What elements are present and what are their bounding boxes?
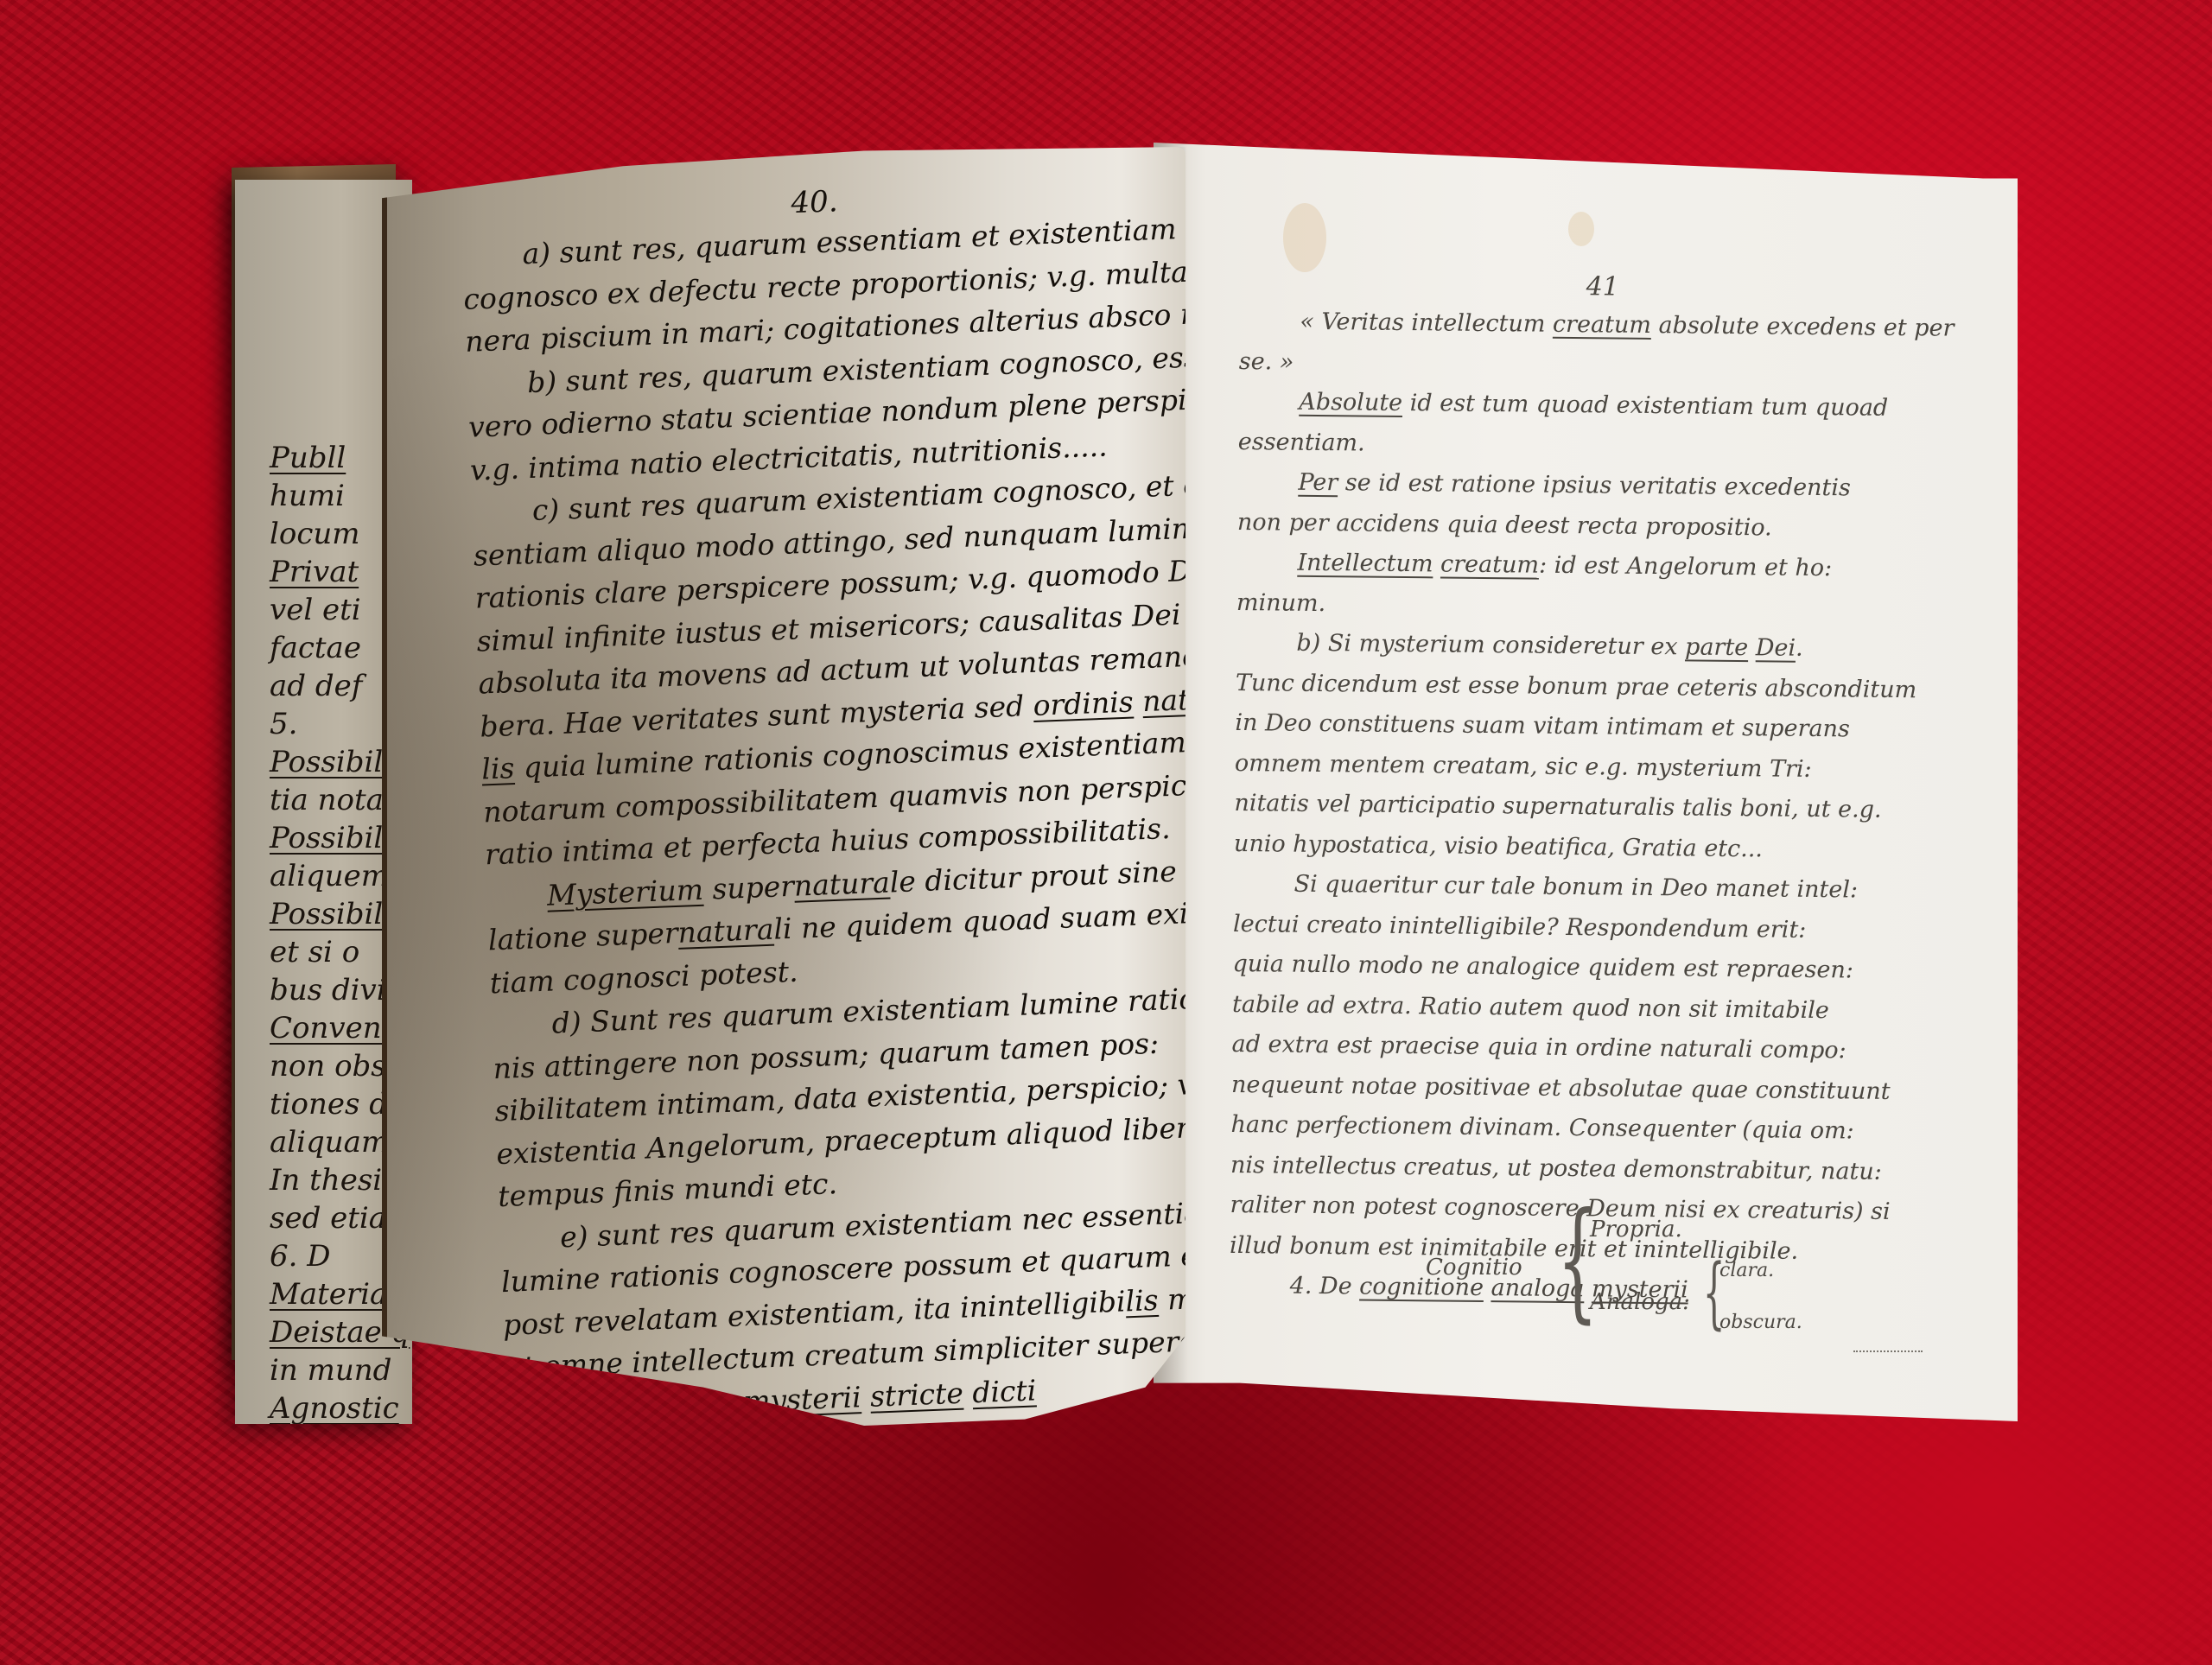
manuscript-line: Per se id est ratione ipsius veritatis e… [1237,462,1998,511]
page-number: 41 [1240,268,2000,306]
manuscript-line: nitatis vel participatio supernaturalis … [1234,784,1994,832]
cognitio-scheme: Cognitio { Propria. Analoga: { clara. ob… [1426,1201,1858,1339]
manuscript-line: Si quaeritur cur tale bonum in Deo manet… [1233,864,1993,912]
page-41: 41 « Veritas intellectum creatum absolut… [1154,143,2018,1421]
manuscript-line: hanc perfectionem divinam. Consequenter … [1230,1105,1991,1153]
photo-scene: PubllhumilocumPrivatvel etifactaead def … [0,0,2212,1665]
page-41-lines: « Veritas intellectum creatum absolute e… [1229,302,1999,1314]
manuscript-line: in mund [270,1351,412,1389]
manuscript-line: Absolute id est tum quoad existentiam tu… [1238,382,1999,430]
manuscript-line: Agnostic [270,1389,412,1424]
page-40-curled[interactable]: 40. a) sunt res, quarum essentiam et exi… [382,147,1185,1426]
manuscript-line: Intellectum creatum: id est Angelorum et… [1236,543,1997,591]
scheme-sub-branch: obscura. [1719,1312,1802,1333]
manuscript-line: ad extra est praecise quia in ordine nat… [1231,1025,1992,1073]
page-40-text: 40. a) sunt res, quarum essentiam et exi… [460,172,1185,1426]
page-41-text: 41 « Veritas intellectum creatum absolut… [1229,268,2000,1314]
page-edge [382,147,387,1426]
manuscript-line: b) Si mysterium consideretur ex parte De… [1236,623,1996,671]
manuscript-line: quia nullo modo ne analogice quidem est … [1232,944,1993,993]
footer-mark [1853,1350,1923,1352]
scheme-sub-branch: clara. [1719,1260,1774,1281]
scheme-branch: Analoga: [1590,1289,1690,1315]
scheme-branch: Propria. [1590,1217,1682,1242]
page-40-lines: a) sunt res, quarum essentiam et existen… [461,207,1185,1426]
manuscript-line: « Veritas intellectum creatum absolute e… [1239,302,1999,350]
scheme-root: Cognitio [1426,1255,1522,1281]
paper-stain [1283,203,1326,272]
manuscript-line: in Deo constituens suam vitam intimam et… [1235,703,1995,752]
paper-stain [1568,212,1594,246]
